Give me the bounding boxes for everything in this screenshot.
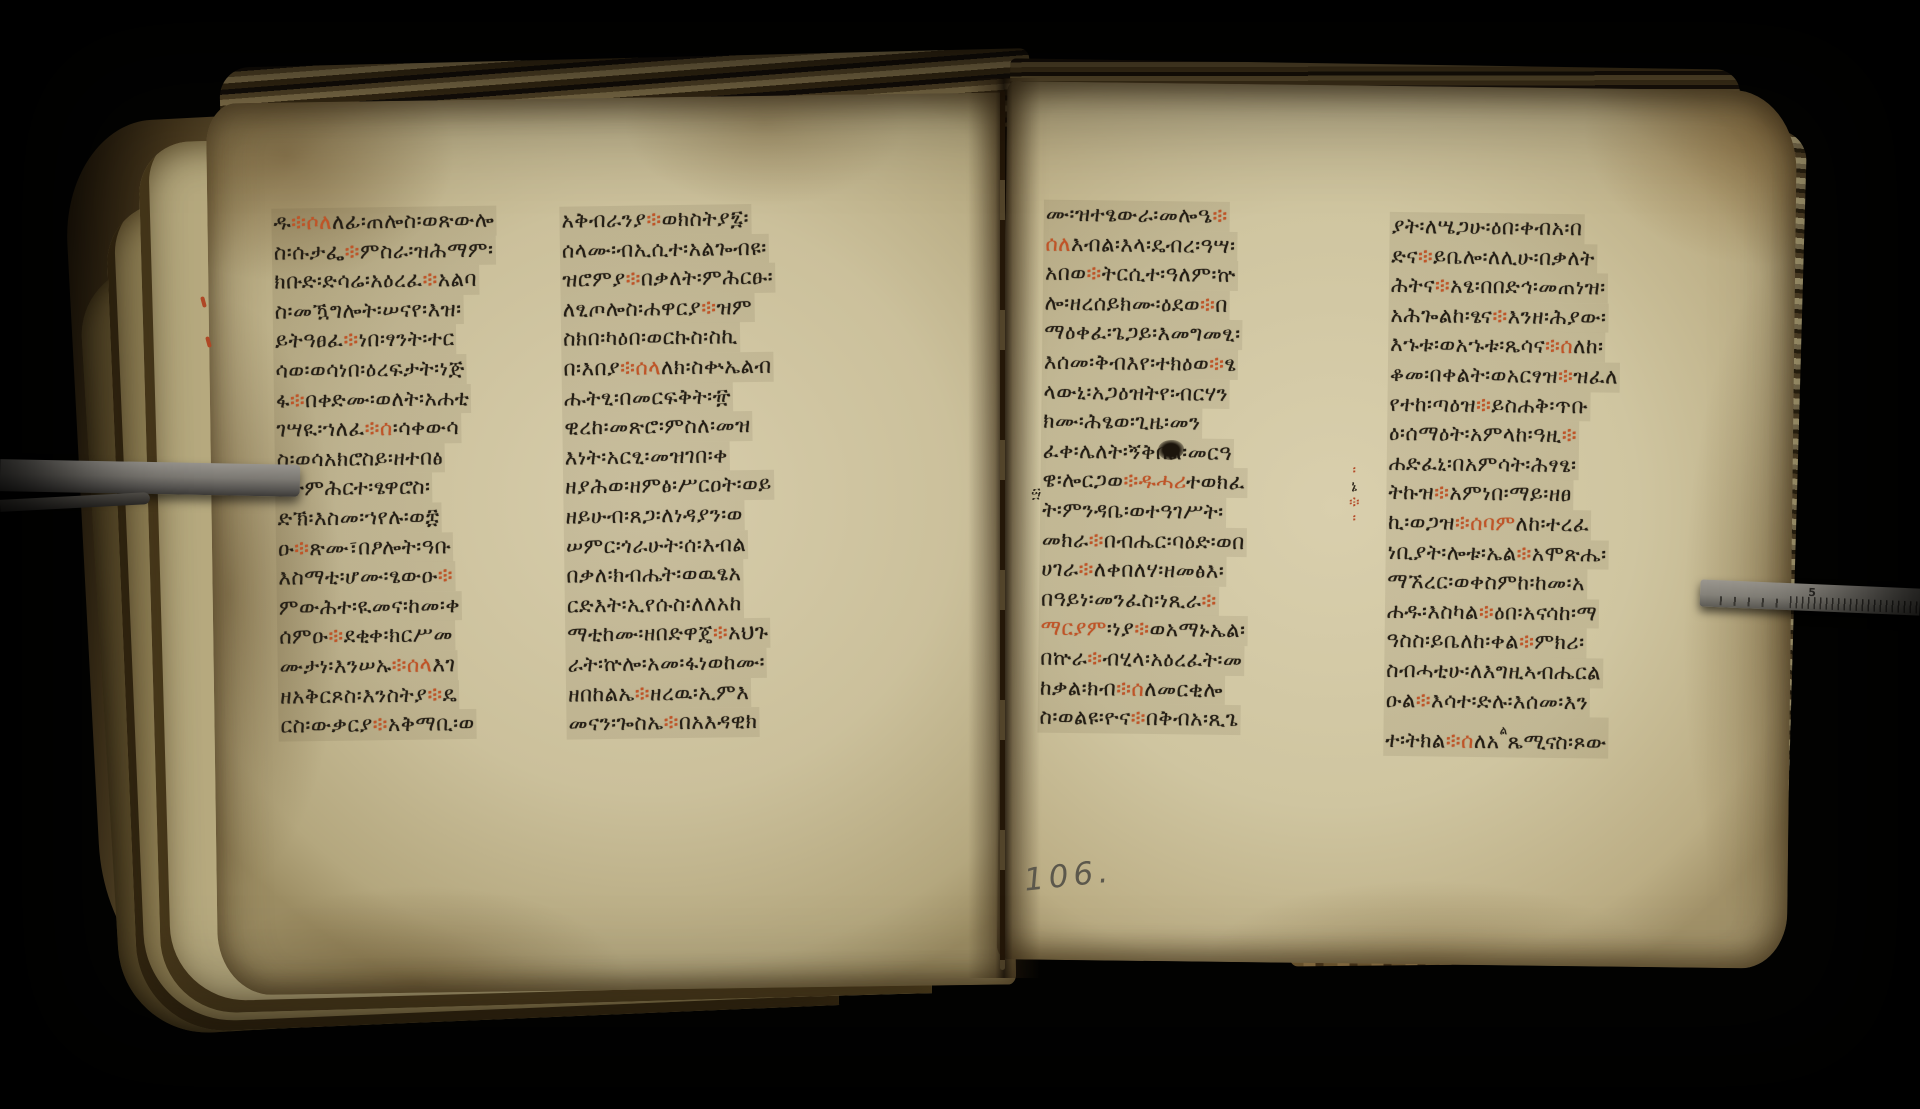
ink-text: ቆመ፡በቀልት፡ወአርፃዝ xyxy=(1390,362,1559,388)
manuscript-line: ዑል፨እሳተ፡ድሉ፡እሰመ፡እን xyxy=(1384,685,1591,717)
manuscript-page-right: ሙ፡ዝተፄውራ፡መሎዔ፨ሰለእብል፡እላ፡ዴብረ፡ዓሣ፡አበወ፨ትርሲተ፡ዓለም… xyxy=(997,81,1798,969)
manuscript-line: ስብሓቲሁ፡ለእግዚኣብሔርል xyxy=(1384,656,1603,688)
rubricated-text: ሰ xyxy=(1560,334,1573,358)
rubricated-text: ፨ xyxy=(1200,292,1216,316)
ink-text: ስ፡ወሳአክሮስይ፡ዘተበፅ xyxy=(277,445,444,471)
manuscript-line: ሎ፡ዘረሰይክሙ፡ዕደወ፨በ xyxy=(1043,288,1231,320)
rubricated-text: ፨ xyxy=(1479,600,1495,624)
manuscript-line: ሠምር፡ጎራሁት፡ሰ፡እብል xyxy=(564,530,749,562)
ink-text: በብሔር፡ባዕድ፡ወበ xyxy=(1104,528,1245,554)
manuscript-line: ላውኒ፡አጋዕዝትየ፡ብርሃን xyxy=(1041,377,1230,409)
ink-text: ሠምር፡ጎራሁት፡ሰ፡እብል xyxy=(566,532,747,559)
rubricated-text: ሰላ xyxy=(407,652,433,676)
ink-text: ሀገራ xyxy=(1041,557,1078,581)
ink-text: ኪ፡ወጋዝ xyxy=(1388,510,1455,535)
ink-text: በቀድሙ፡ወለት፡አሐቲ xyxy=(305,386,470,412)
manuscript-line: ሕትና፨አፄ፡በበድኅ፡መጠነዝ፡ xyxy=(1389,271,1608,303)
manuscript-line: ሙታነ፡እንሠኡ፨ሰላእገ xyxy=(277,650,457,682)
manuscript-line: ማኧረር፡ወቀስምከ፡ከመ፡አ xyxy=(1385,567,1587,599)
ink-text: ዑ xyxy=(278,536,295,560)
rubricated-text: ፨ xyxy=(713,621,729,645)
ink-text: ስብሓቲሁ፡ለእግዚኣብሔርል xyxy=(1386,658,1601,685)
manuscript-line: ተ፡ትክል፨ሰለአልጼሚናስ፡ጾው xyxy=(1383,715,1609,758)
manuscript-line: ይትዓፀፈ፨ነበ፡ፃንት፡ተር xyxy=(273,325,457,357)
manuscript-line: አሕጐልከ፡ፄና፨እንዘ፡ሕያው፡ xyxy=(1388,301,1608,333)
ink-text: ለክ፡ስቍኤልብ xyxy=(661,354,772,380)
manuscript-line: ስክበ፡ካዕበ፡ወርኩስ፡ስኪ xyxy=(561,323,740,355)
ink-text: ነቢያት፡ሎቱ፡ኤል xyxy=(1388,539,1517,565)
text-column-right-1: ሙ፡ዝተፄውራ፡መሎዔ፨ሰለእብል፡እላ፡ዴብረ፡ዓሣ፡አበወ፨ትርሲተ፡ዓለም… xyxy=(1037,200,1252,735)
ink-text: ትርሲተ፡ዓለም፡ኵ xyxy=(1102,262,1236,288)
ink-text: ምስራ፡ዝሕማም፡ xyxy=(360,237,494,263)
manuscript-page-left: ዱ፨ሶለለፊ፡ጠሎስ፡ወጽውሎስ፡ሱታፌ፨ምስራ፡ዝሕማም፡ክቡድ፡ድሳሬ፡አዕ… xyxy=(206,92,1016,995)
manuscript-line: የተከ፡ጣዕዝ፨ይስሐቅ፡ጥቡ xyxy=(1387,389,1590,421)
binding-thread xyxy=(1000,90,1005,970)
manuscript-line: በቃለ፡ክብሔት፡ወዉፄአ xyxy=(564,559,743,591)
rubricated-text: ፨ xyxy=(1078,557,1094,581)
rubricated-text: ፨ xyxy=(1434,481,1450,505)
rubricated-text: ፨ xyxy=(373,712,389,736)
manuscript-line: ክቡድ፡ድሳሬ፡አዕረፈ፨አልባ xyxy=(272,265,479,297)
ink-text: አሞጽሔ፡ xyxy=(1532,541,1607,566)
manuscript-line: ዝሮምያ፨በቃለት፡ምሕርፁ፡ xyxy=(560,263,775,296)
ink-text: እገ xyxy=(432,652,455,676)
ink-text: ለመርቂሎ xyxy=(1144,676,1223,701)
ink-text: ዘበከልኤ xyxy=(568,681,635,706)
ink-text: እንዘ፡ሕያው፡ xyxy=(1508,304,1607,329)
ink-text: አበወ xyxy=(1045,261,1087,286)
manuscript-line: ሳወ፡ወሳነበ፡ዕረፍታት፡ነጅ xyxy=(273,354,467,386)
manuscript-line: ምውሕተ፡ዪመና፡ከመ፡ቀ xyxy=(277,591,462,623)
rubricated-text: ፨ xyxy=(1123,469,1139,493)
ink-text: ለከ፡ተረፈ xyxy=(1515,511,1589,536)
ink-text: ይቤሎ፡ለሊሁ፡በቃለት xyxy=(1433,244,1595,270)
quire-mark-glyph: ኔ xyxy=(1351,478,1357,494)
ink-text: ዌ፡ሎርጋወ xyxy=(1042,468,1123,493)
manuscript-line: ዘይሁብ፡ጸጋ፡ለነዳያን፡ወ xyxy=(563,500,745,532)
ink-text: ዘያሕወ፡ዘምፅ፡ሥርዐት፡ወይ xyxy=(565,472,772,499)
manuscript-line: መክራ፨በብሔር፡ባዕድ፡ወበ xyxy=(1040,525,1247,557)
manuscript-line: ስ፡ወልዩ፡ዮና፨በቅብአ፡ጺጌ xyxy=(1037,703,1240,735)
rubricated-text: ሰላ xyxy=(635,355,661,379)
ink-text: ክቡድ፡ድሳሬ፡አዕረፈ xyxy=(274,268,423,294)
rubricated-text: ፨ xyxy=(1455,511,1471,535)
rubricated-text: ፨ xyxy=(1545,334,1561,358)
manuscript-line: ዘአቅርጾስ፡እንስትያ፨ዴ xyxy=(278,680,459,712)
manuscript-line: ዑ፨ጽሙ፣በፆሎት፡ዓቡ xyxy=(276,532,454,564)
ink-text: ነበ፡ፃንት፡ተር xyxy=(358,327,454,352)
ink-text: ክሙ፡ሕፄወ፡ጊዜ፡መን xyxy=(1043,409,1201,435)
ink-text: ዘረዉ፡ኢምእ xyxy=(650,680,750,705)
ink-text: ዱ xyxy=(273,210,291,234)
manuscript-line: ስ፡ወሳአክሮስይ፡ዘተበፅ xyxy=(275,443,446,475)
ink-text: ምውሕተ፡ዪመና፡ከመ፡ቀ xyxy=(279,593,460,620)
rubricated-text: ፨ xyxy=(1201,588,1217,612)
ink-text: ፡ሳቀውሳ xyxy=(393,415,460,440)
ink-text: እሰመ፡ቅብእየ፡ተክዕወ xyxy=(1044,350,1209,376)
rubricated-text: ፨ xyxy=(1519,630,1535,654)
rubricated-text: ፨ xyxy=(1134,617,1150,641)
manuscript-line: ፈቀ፡ሌለት፡ኝቅበል፡መርዓ xyxy=(1041,436,1235,468)
rubricated-text: ፨ xyxy=(701,295,717,319)
rubricated-text: ሰለ xyxy=(1045,231,1071,255)
ink-text: አቅብራንያ xyxy=(561,207,646,232)
ink-text: አሕጐልከ፡ፄና xyxy=(1390,303,1492,328)
quire-mark-glyph: ፨ xyxy=(1349,494,1360,510)
rubricated-text: ፨ xyxy=(1562,423,1578,447)
ink-text: ዕበ፡አናሳከ፡ማ xyxy=(1494,600,1597,625)
manuscript-line: ራት፡ኵሎ፡አመ፡ፋነወከሙ፡ xyxy=(565,648,767,680)
manuscript-line: ኪ፡ወጋዝ፨ሰባምለከ፡ተረፈ xyxy=(1386,508,1592,540)
ink-text: ዝሮምያ xyxy=(562,267,626,292)
rubricated-text: ፨ xyxy=(1435,274,1451,298)
ink-text: ይትዓፀፈ xyxy=(275,328,344,353)
rubricated-text: ፨ xyxy=(291,210,307,234)
ink-text: ለከ፡ xyxy=(1573,335,1604,359)
rubricated-text: ፨ xyxy=(646,207,662,231)
manuscript-line: አበወ፨ትርሲተ፡ዓለም፡ኵ xyxy=(1043,259,1238,291)
ink-text: በትምሕርተ፡ፄዋሮስ፡ xyxy=(277,475,431,501)
text-column-left-2: አቅብራንያ፨ወክስትያ፯፡ሰላሙ፡ብኢሲተ፡አልጐብዩ፡ዝሮምያ፨በቃለት፡ም… xyxy=(559,204,781,740)
ink-text: አልባ xyxy=(438,267,477,292)
ink-text: ላውኒ፡አጋዕዝትየ፡ብርሃን xyxy=(1043,379,1228,405)
ink-text: ፈቀ፡ሌለት፡ኝቅበል፡መርዓ xyxy=(1043,438,1233,464)
ink-text: እነት፡አርፂ፡መዝገበ፡ቀ xyxy=(565,443,728,469)
ink-text: እብል፡እላ፡ዴብረ፡ዓሣ፡ xyxy=(1071,232,1236,258)
manuscript-line: ዱ፨ሶለለፊ፡ጠሎስ፡ወጽውሎ xyxy=(271,206,496,239)
ink-text: መናን፡ጐስኤ xyxy=(568,710,663,735)
ink-text: በ xyxy=(1215,293,1228,317)
ink-text: ዝፈለ xyxy=(1573,364,1618,389)
ink-text: ዝም xyxy=(716,295,752,319)
ink-text: በኵራ xyxy=(1040,646,1087,671)
manuscript-line: ድኽ፡እስመ፡ኀየሉ፡ወ፰ xyxy=(275,502,441,534)
text-column-left-1: ዱ፨ሶለለፊ፡ጠሎስ፡ወጽውሎስ፡ሱታፌ፨ምስራ፡ዝሕማም፡ክቡድ፡ድሳሬ፡አዕ… xyxy=(271,206,503,742)
metal-bookmark-strip xyxy=(0,459,300,497)
ink-text: ሎ፡ዘረሰይክሙ፡ዕደወ xyxy=(1045,290,1201,316)
ink-text: የተከ፡ጣዕዝ xyxy=(1389,391,1476,416)
ink-text: ዴ xyxy=(442,682,457,706)
ink-text: ጼሚናስ፡ጾው xyxy=(1507,729,1606,754)
manuscript-line: ፋ፨በቀድሙ፡ወለት፡አሐቲ xyxy=(274,384,472,416)
manuscript-line: ነቢያት፡ሎቱ፡ኤል፨አሞጽሔ፡ xyxy=(1385,537,1608,569)
ink-text: ራት፡ኵሎ፡አመ፡ፋነወከሙ፡ xyxy=(568,650,766,677)
ink-text: ትኩዝ xyxy=(1388,480,1434,505)
ink-text: ደቂቀ፡ክርሥመ xyxy=(343,623,453,649)
manuscript-line: ሑትፂ፡በመርፍቅት፡፹ xyxy=(562,382,733,414)
ink-text: በ፡እበያ xyxy=(563,356,620,381)
ink-text: ርስ፡ውቃርያ xyxy=(280,712,373,737)
manuscript-line: ሐድፈኒ፡በአምሳት፡ሕፃፄ፡ xyxy=(1387,449,1579,481)
ruler-digit-label: 5 xyxy=(1808,586,1816,599)
rubricated-text: ፨ xyxy=(635,681,651,705)
manuscript-photo-scene: ዱ፨ሶለለፊ፡ጠሎስ፡ወጽውሎስ፡ሱታፌ፨ምስራ፡ዝሕማም፡ክቡድ፡ድሳሬ፡አዕ… xyxy=(0,0,1920,1109)
ink-text: ስ፡ወልዩ፡ዮና xyxy=(1039,705,1130,730)
manuscript-line: ዕ፡ሰማዕት፡አምላከ፡ዓዚ፨ xyxy=(1387,419,1579,451)
ink-text: መክራ xyxy=(1042,527,1089,552)
rubricated-text: ሶለ xyxy=(306,210,332,234)
rubricated-text: ሰባም xyxy=(1470,511,1516,536)
manuscript-line: ሰምዑ፨ደቂቀ፡ክርሥመ xyxy=(277,621,455,653)
ink-text: ርድእት፡ኢየሱስ፡ለለአከ xyxy=(567,591,742,617)
intercolumn-quire-mark: ፡ኔ፨፡ xyxy=(1349,462,1360,526)
rubricated-text: ፨ xyxy=(625,267,641,291)
rubricated-text: ፨ xyxy=(663,710,679,734)
rubricated-text: ፨ xyxy=(620,356,636,380)
rubricated-text: ፨ xyxy=(1209,352,1225,376)
ink-text: ገሣዪ፡ኀለፈ xyxy=(276,417,365,442)
ink-text: ሐዱ፡እስካል xyxy=(1387,599,1479,624)
ink-text: ሰምዑ xyxy=(279,624,328,649)
manuscript-line: ሐዱ፡እስካል፨ዕበ፡አናሳከ፡ማ xyxy=(1385,597,1600,629)
manuscript-line: ማርያም፡ነያ፨ወአማኑኤል፡ xyxy=(1039,614,1248,646)
manuscript-line: ርድእት፡ኢየሱስ፡ለለአከ xyxy=(565,589,744,621)
rubricated-text: ፨ xyxy=(1089,528,1105,552)
ink-text: ዓስስ፡ይቤለከ፡ቀል xyxy=(1386,628,1519,654)
rubricated-text: ፨ xyxy=(1558,364,1574,388)
ink-text: ለፊ፡ጠሎስ፡ወጽውሎ xyxy=(332,208,495,234)
ink-text: ት፡ምንዳቤ፡ወተዓገሥት፡ xyxy=(1042,498,1224,524)
manuscript-line: እኁቱ፡ወአኁቱ፡ጼሳና፨ሰለከ፡ xyxy=(1388,330,1606,362)
ruler-tick-marks-coarse xyxy=(1720,596,1790,608)
manuscript-line: እነት፡አርፂ፡መዝገበ፡ቀ xyxy=(563,441,730,473)
rubricated-text: ፨ xyxy=(1131,706,1147,730)
rubricated-text: ፨ xyxy=(1476,393,1492,417)
ink-text: ዊረከ፡መጽሮ፡ምስለ፡መዝ xyxy=(564,413,751,440)
ink-text: አምነበ፡ማይ፡ዘፀ xyxy=(1449,481,1572,506)
rubricated-text: ፨ xyxy=(1516,541,1532,565)
ink-text: ዕ፡ሰማዕት፡አምላከ፡ዓዚ xyxy=(1389,421,1562,447)
rubricated-text: ሰ xyxy=(1131,676,1144,700)
ink-text: እስማቲ፡ሆሙ፡ፄውዑ xyxy=(278,564,438,590)
manuscript-line: ዘያሕወ፡ዘምፅ፡ሥርዐት፡ወይ xyxy=(563,470,774,503)
manuscript-line: በዓይነ፡መንፈስ፡ነጺራ፨ xyxy=(1039,584,1219,616)
ink-text: ሰላሙ፡ብኢሲተ፡አልጐብዩ፡ xyxy=(562,235,767,262)
manuscript-line: ትኩዝ፨አምነበ፡ማይ፡ዘፀ xyxy=(1386,478,1574,510)
manuscript-line: ቆመ፡በቀልት፡ወአርፃዝ፨ዝፈለ xyxy=(1388,360,1621,392)
ink-text: ጽሙ፣በፆሎት፡ዓቡ xyxy=(309,534,451,560)
ink-text: ስ፡ሱታፌ xyxy=(274,239,345,264)
rubricated-text: ፨ xyxy=(438,563,454,587)
rubricated-text: ፨ xyxy=(1446,729,1462,753)
manuscript-line: ክሙ፡ሕፄወ፡ጊዜ፡መን xyxy=(1041,407,1203,439)
ink-text: ዘይሁብ፡ጸጋ፡ለነዳያን፡ወ xyxy=(565,502,743,528)
ink-text: ለቀበለሃ፡ዘመፅእ፡ xyxy=(1094,557,1225,583)
ink-text: ሙ፡ዝተፄውራ፡መሎዔ xyxy=(1046,202,1213,228)
ink-text: ስ፡መዃግሎት፡ሠናየ፡እዝ፡ xyxy=(275,297,462,324)
rubricated-text: ፨ xyxy=(1087,646,1103,670)
manuscript-line: ዓስስ፡ይቤለከ፡ቀል፨ምክሪ፡ xyxy=(1384,626,1586,658)
ink-text: ለአ xyxy=(1474,729,1500,753)
ink-text: ሑትፂ፡በመርፍቅት፡፹ xyxy=(564,384,731,410)
ink-text: ተወክፈ xyxy=(1186,470,1245,495)
rubricated-text: ፨ xyxy=(1492,304,1508,328)
ink-text: በቃለት፡ምሕርፁ፡ xyxy=(641,265,774,291)
rubricated-text: ሰ xyxy=(1461,729,1474,753)
manuscript-line: ት፡ምንዳቤ፡ወተዓገሥት፡ xyxy=(1040,496,1226,528)
ink-text: ምክሪ፡ xyxy=(1534,630,1584,655)
rubricated-text: ፨ xyxy=(1416,688,1432,712)
rubricated-text: ፨ xyxy=(1116,676,1132,700)
ink-text: አቅማቢ፡ወ xyxy=(388,711,475,736)
manuscript-line: ዘበከልኤ፨ዘረዉ፡ኢምእ xyxy=(566,678,752,710)
rubricated-text: ፨ xyxy=(1086,261,1102,285)
ink-text: ወአማኑኤል፡ xyxy=(1149,617,1245,642)
ink-text: እኁቱ፡ወአኁቱ፡ጼሳና xyxy=(1390,332,1545,358)
manuscript-line: ማቲከሙ፡ዘበድዋጄ፨አህጉ xyxy=(565,618,771,650)
manuscript-line: ስ፡ሱታፌ፨ምስራ፡ዝሕማም፡ xyxy=(272,235,496,268)
ink-text: ከቃል፡ክብ xyxy=(1040,675,1117,700)
manuscript-line: ዌ፡ሎርጋወ፨ዱሓሪተወክፈ xyxy=(1040,466,1247,498)
margin-correction-mark: ፵ xyxy=(1031,484,1041,502)
manuscript-line: በ፡እበያ፨ሰላለክ፡ስቍኤልብ xyxy=(561,352,773,385)
ink-text: ማኧረር፡ወቀስምከ፡ከመ፡አ xyxy=(1387,569,1585,595)
ink-text: ሐድፈኒ፡በአምሳት፡ሕፃፄ፡ xyxy=(1389,451,1577,477)
manuscript-line: ስ፡መዃግሎት፡ሠናየ፡እዝ፡ xyxy=(273,295,464,327)
ink-text: ብሂላ፡አዕረፈት፡መ xyxy=(1102,646,1242,672)
manuscript-line: ያት፡ለሤጋሁ፡ዕበ፡ቀብአ፡በ xyxy=(1389,212,1584,244)
manuscript-line: ሙ፡ዝተፄውራ፡መሎዔ፨ xyxy=(1044,200,1230,232)
ink-text: ፋ xyxy=(276,388,290,412)
rubricated-text: ፨ xyxy=(365,416,381,440)
ink-text: ሳወ፡ወሳነበ፡ዕረፍታት፡ነጅ xyxy=(275,356,465,383)
ink-text: ድኽ፡እስመ፡ኀየሉ፡ወ፰ xyxy=(277,504,439,530)
ink-text: ድና xyxy=(1391,244,1418,268)
ink-text: አህጉ xyxy=(728,620,769,645)
ink-text: ሕትና xyxy=(1391,273,1435,298)
rubricated-text: ፨ xyxy=(391,653,407,677)
ink-text: ማቲከሙ፡ዘበድዋጄ xyxy=(567,621,713,647)
manuscript-line: እስማቲ፡ሆሙ፡ፄውዑ፨ xyxy=(276,561,455,593)
manuscript-line: ለፂጦሎስ፡ሐዋርያ፨ዝም xyxy=(561,293,755,325)
rubricated-text: ፨ xyxy=(427,682,443,706)
manuscript-line: ሀገራ፨ለቀበለሃ፡ዘመፅእ፡ xyxy=(1039,555,1226,587)
ink-text: ፄ xyxy=(1224,352,1236,376)
ink-text: ለፂጦሎስ፡ሐዋርያ xyxy=(563,295,702,321)
text-column-right-2: ያት፡ለሤጋሁ፡ዕበ፡ቀብአ፡በድና፨ይቤሎ፡ለሊሁ፡በቃለትሕትና፨አፄ፡በበ… xyxy=(1383,212,1622,758)
ink-text: በቅብአ፡ጺጌ xyxy=(1146,706,1239,731)
rubricated-text: ፨ xyxy=(1418,244,1434,268)
manuscript-line: መናን፡ጐስኤ፨በአእዳዊክ xyxy=(566,707,759,739)
manuscript-line: እሰመ፡ቅብእየ፡ተክዕወ፨ፄ xyxy=(1042,348,1239,380)
rubricated-text: ሰ xyxy=(380,416,393,440)
ink-text: ዘአቅርጾስ፡እንስትያ xyxy=(280,682,428,708)
rubricated-text: ፨ xyxy=(328,624,344,648)
manuscript-line: ድና፨ይቤሎ፡ለሊሁ፡በቃለት xyxy=(1389,241,1597,273)
manuscript-line: በኵራ፨ብሂላ፡አዕረፈት፡መ xyxy=(1038,644,1244,676)
rubricated-text: ፨ xyxy=(290,388,306,412)
manuscript-line: አቅብራንያ፨ወክስትያ፯፡ xyxy=(559,204,751,236)
ink-text: በአእዳዊክ xyxy=(679,709,758,734)
rubricated-text: ፨ xyxy=(294,536,310,560)
ink-text: ሙታነ፡እንሠኡ xyxy=(280,653,392,679)
ink-text: ወክስትያ፯፡ xyxy=(661,206,749,231)
rubricated-text: ፨ xyxy=(422,268,438,292)
ink-text: ማዕቀፈ፡ጌጋይ፡እመግመፂ፡ xyxy=(1044,320,1241,346)
ink-text: በቃለ፡ክብሔት፡ወዉፄአ xyxy=(566,561,741,587)
ink-text: ተ፡ትክል xyxy=(1385,728,1446,753)
manuscript-line: ከቃል፡ክብ፨ሰለመርቂሎ xyxy=(1038,673,1225,705)
rubricated-text: ፨ xyxy=(343,328,359,352)
quire-mark-glyph: ፡ xyxy=(1352,510,1356,526)
rubricated-text: ፨ xyxy=(1212,204,1228,228)
manuscript-line: ሰላሙ፡ብኢሲተ፡አልጐብዩ፡ xyxy=(560,233,769,266)
ink-text: እሳተ፡ድሉ፡እሰመ፡እን xyxy=(1431,688,1588,714)
rubricated-text: ፨ xyxy=(344,239,360,263)
ink-text: ፡ነያ xyxy=(1107,617,1135,641)
ink-text: ያት፡ለሤጋሁ፡ዕበ፡ቀብአ፡በ xyxy=(1392,214,1583,240)
manuscript-line: ዊረከ፡መጽሮ፡ምስለ፡መዝ xyxy=(562,411,753,443)
ink-text: አፄ፡በበድኅ፡መጠነዝ፡ xyxy=(1450,274,1606,300)
manuscript-line: ሰለእብል፡እላ፡ዴብረ፡ዓሣ፡ xyxy=(1043,229,1238,261)
manuscript-line: ማዕቀፈ፡ጌጋይ፡እመግመፂ፡ xyxy=(1042,318,1243,350)
rubricated-text: ማርያም xyxy=(1041,616,1107,641)
ink-text: ስክበ፡ካዕበ፡ወርኩስ፡ስኪ xyxy=(563,325,738,351)
rubricated-text: ዱሓሪ xyxy=(1139,469,1187,494)
ink-text: በዓይነ፡መንፈስ፡ነጺራ xyxy=(1041,586,1202,612)
quire-mark-glyph: ፡ xyxy=(1352,462,1356,478)
ink-text: ዑል xyxy=(1386,687,1416,711)
manuscript-line: ገሣዪ፡ኀለፈ፨ሰ፡ሳቀውሳ xyxy=(274,413,461,445)
manuscript-line: ርስ፡ውቃርያ፨አቅማቢ፡ወ xyxy=(278,709,477,741)
ink-text: ይስሐቅ፡ጥቡ xyxy=(1491,393,1588,418)
